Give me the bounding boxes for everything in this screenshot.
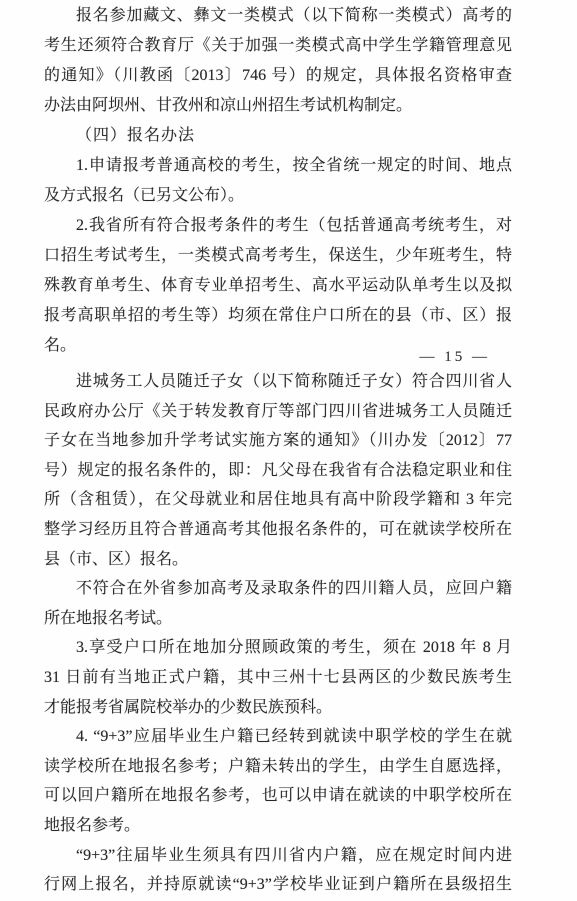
paragraph-line: 整学习经历且符合普通高考其他报名条件的，可在就读学校所在: [44, 515, 512, 545]
paragraph: 不符合在外省参加高考及录取条件的四川籍人员，应回户籍 所在地报名考试。: [44, 574, 512, 633]
paragraph-line: 民政府办公厅《关于转发教育厅等部门四川省进城务工人员随迁: [44, 397, 512, 427]
paragraph: 报名参加藏文、彝文一类模式（以下简称一类模式）高考的 考生还须符合教育厅《关于加…: [44, 1, 512, 121]
paragraph-line: 及方式报名（已另文公布）。: [44, 181, 512, 211]
paragraph-line: 4. “9+3”应届毕业生户籍已经转到就读中职学校的学生在就: [44, 722, 512, 752]
section-heading: （四）报名办法: [44, 121, 512, 151]
paragraph-line: 地报名参考。: [44, 811, 512, 841]
paragraph: 3.享受户口所在地加分照顾政策的考生，须在 2018 年 8 月 31 日前有当…: [44, 633, 512, 722]
paragraph-line: 考生还须符合教育厅《关于加强一类模式高中学生学籍管理意见: [44, 31, 512, 61]
paragraph-line: 所（含租赁），在父母就业和居住地具有高中阶段学籍和 3 年完: [44, 485, 512, 515]
paragraph-line: 读学校所在地报名参考；户籍未转出的学生，由学生自愿选择，: [44, 752, 512, 782]
paragraph-line: 报名参加藏文、彝文一类模式（以下简称一类模式）高考的: [44, 1, 512, 31]
section-page16-start: 进城务工人员随迁子女（以下简称随迁子女）符合四川省人 民政府办公厅《关于转发教育…: [44, 367, 512, 900]
section-page15-end: 报名参加藏文、彝文一类模式（以下简称一类模式）高考的 考生还须符合教育厅《关于加…: [44, 1, 512, 331]
paragraph-line: 的通知》（川教函〔2013〕746 号）的规定，具体报名资格审查: [44, 61, 512, 91]
paragraph-line: 3.享受户口所在地加分照顾政策的考生，须在 2018 年 8 月: [44, 633, 512, 663]
paragraph-line: 子女在当地参加升学考试实施方案的通知》（川办发〔2012〕77: [44, 426, 512, 456]
paragraph-line: 进城务工人员随迁子女（以下简称随迁子女）符合四川省人: [44, 367, 512, 397]
paragraph-line: “9+3”往届毕业生须具有四川省内户籍，应在规定时间内进: [44, 841, 512, 871]
paragraph: “9+3”往届毕业生须具有四川省内户籍，应在规定时间内进 行网上报名，并持原就读…: [44, 841, 512, 900]
paragraph-line: 31 日前有当地正式户籍，其中三州十七县两区的少数民族考生: [44, 663, 512, 693]
paragraph-line: 行网上报名，并持原就读“9+3”学校毕业证到户籍所在县级招生: [44, 870, 512, 900]
paragraph-line: 口招生考试考生，一类模式高考考生，保送生，少年班考生，特: [44, 241, 512, 271]
paragraph-line: 报考高职单招的考生等）均须在常住户口所在的县（市、区）报名。: [44, 301, 512, 331]
paragraph-line: 1.申请报考普通高校的考生，按全省统一规定的时间、地点: [44, 151, 512, 181]
paragraph-line: 不符合在外省参加高考及录取条件的四川籍人员，应回户籍: [44, 574, 512, 604]
paragraph-line: 殊教育单考生、体育专业单招考生、高水平运动队单考生以及拟: [44, 271, 512, 301]
paragraph-line: 2.我省所有符合报考条件的考生（包括普通高考统考生，对: [44, 211, 512, 241]
paragraph: 4. “9+3”应届毕业生户籍已经转到就读中职学校的学生在就 读学校所在地报名参…: [44, 722, 512, 840]
paragraph-line: 号）规定的报名条件的，即：凡父母在我省有合法稳定职业和住: [44, 456, 512, 486]
paragraph: 进城务工人员随迁子女（以下简称随迁子女）符合四川省人 民政府办公厅《关于转发教育…: [44, 367, 512, 574]
paragraph-line: 县（市、区）报名。: [44, 545, 512, 575]
paragraph: 2.我省所有符合报考条件的考生（包括普通高考统考生，对 口招生考试考生，一类模式…: [44, 211, 512, 331]
paragraph-line: 所在地报名考试。: [44, 604, 512, 634]
paragraph: 1.申请报考普通高校的考生，按全省统一规定的时间、地点 及方式报名（已另文公布）…: [44, 151, 512, 211]
paragraph: （四）报名办法: [44, 121, 512, 151]
paragraph-line: 办法由阿坝州、甘孜州和凉山州招生考试机构制定。: [44, 91, 512, 121]
paragraph-line: 可以回户籍所在地报名参考，也可以申请在就读的中职学校所在: [44, 781, 512, 811]
paragraph-line: 才能报考省属院校举办的少数民族预科。: [44, 693, 512, 723]
